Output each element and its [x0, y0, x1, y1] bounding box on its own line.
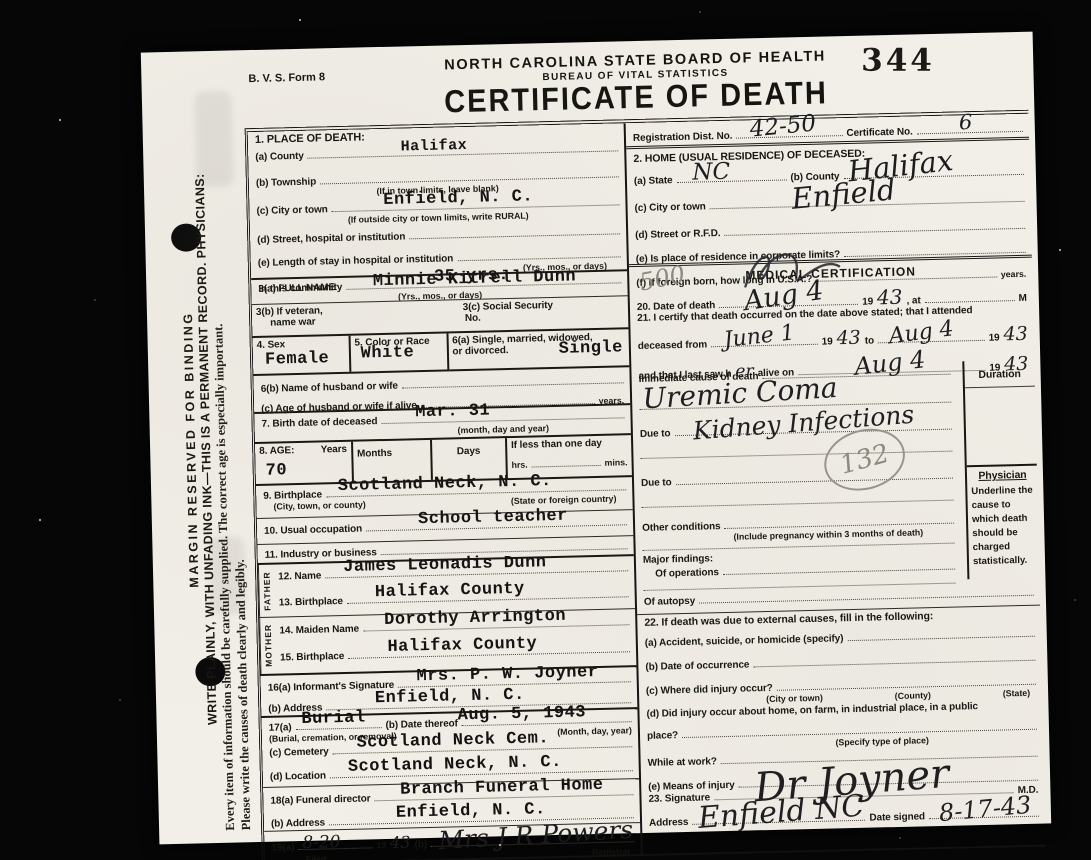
- certificate-no-field: 6: [917, 121, 1023, 134]
- place-stay-field: [457, 246, 621, 261]
- certificate-no-value: 6: [959, 110, 973, 134]
- right-column: Registration Dist. No. 42-50 Certificate…: [626, 114, 1046, 854]
- from-year-prefix: 19: [822, 336, 833, 347]
- home-state-value: NC: [692, 159, 730, 186]
- home-state-label: (a) State: [634, 175, 673, 187]
- signature-address-label: Address: [649, 817, 689, 829]
- age-days-label: Days: [457, 446, 481, 458]
- age-label: 8. AGE:: [259, 445, 294, 457]
- occupation-label: 10. Usual occupation: [264, 524, 362, 537]
- birthdate-value: Mar. 31: [415, 401, 490, 422]
- director-value: Branch Funeral Home: [400, 776, 604, 800]
- date-at-field: [924, 290, 1014, 303]
- sex-value: Female: [257, 349, 345, 370]
- place-city-label: (c) City or town: [256, 204, 327, 217]
- burial-date-value: Aug. 5, 1943: [457, 703, 586, 725]
- external-a-label: (a) Accident, suicide, or homicide (spec…: [645, 633, 844, 649]
- director-label: 18(a) Funeral director: [270, 793, 370, 806]
- physician-note-box: Physician Underline the cause to which d…: [967, 464, 1040, 580]
- place-township-label: (b) Township: [256, 177, 317, 189]
- physician-note: Underline the cause to which death shoul…: [971, 484, 1036, 569]
- to-year-prefix: 19: [989, 332, 1000, 343]
- mother-birthplace-label: 15. Birthplace: [280, 651, 344, 664]
- father-name-field: James Leonadis Dunn: [325, 560, 628, 578]
- occupation-value: School teacher: [418, 507, 568, 530]
- fullname-label: 3(a) FULL NAME: [258, 282, 335, 295]
- certify-from-field: June 1: [711, 334, 818, 348]
- due-to-1-field: Kidney Infections: [674, 419, 952, 437]
- mother-birthplace-field: Halifax County: [348, 641, 630, 659]
- home-city-field: Enfield: [710, 191, 1025, 209]
- registrar-note: Registrar: [592, 846, 631, 857]
- duration-label: Duration: [964, 368, 1034, 382]
- fullname-field: Minnie Kitrell Dunn: [339, 273, 621, 290]
- section-place-of-death: 1. PLACE OF DEATH: (a) County Halifax (b…: [248, 123, 627, 280]
- form-number: B. V. S. Form 8: [248, 71, 325, 85]
- filed-field: 8-20: [298, 837, 372, 850]
- duration-column: Duration Physician Underline the cause t…: [962, 360, 1039, 580]
- date-signed-label: Date signed: [869, 811, 925, 823]
- burial-date-note: (Month, day, year): [557, 725, 632, 737]
- registration-dist-value: 42-50: [749, 110, 817, 142]
- spouse-age-suffix: years.: [599, 395, 625, 406]
- registration-dist-field: 42-50: [736, 125, 842, 138]
- external-c-note2: (County): [895, 690, 931, 701]
- section-external-causes: 22. If death was due to external causes,…: [637, 606, 1044, 773]
- to-year-value: 43: [1003, 323, 1028, 346]
- burial-location-value: Scotland Neck, N. C.: [348, 753, 562, 777]
- director-address-label: (b) Address: [271, 817, 325, 829]
- physician-signature-block: 23. Signature Dr Joyner M.D. Address Enf…: [641, 764, 1045, 829]
- certify-to-field: Aug 4: [878, 330, 985, 344]
- burial-type-label: 17(a): [269, 722, 292, 734]
- home-state-field: NC: [676, 169, 786, 183]
- place-city-value: Enfield, N. C.: [383, 187, 533, 210]
- external-b-label: (b) Date of occurrence: [645, 659, 749, 672]
- certificate-no-label: Certificate No.: [846, 126, 913, 139]
- filed-note: Filed: [306, 853, 327, 860]
- external-d-label2: place?: [647, 730, 678, 742]
- place-street-label: (d) Street, hospital or institution: [257, 231, 405, 245]
- cemetery-value: Scotland Neck Cem.: [356, 729, 549, 753]
- birthplace-note1: (City, town, or county): [273, 499, 365, 511]
- external-b-field: [753, 650, 1035, 668]
- age-value: 70: [265, 461, 287, 480]
- father-birthplace-label: 13. Birthplace: [279, 596, 343, 609]
- external-c-note1: (City or town): [766, 693, 823, 704]
- spouse-field: [402, 372, 624, 388]
- age-hrs-field: [531, 455, 600, 468]
- signature-address-field: Enfield NC: [692, 810, 865, 825]
- left-column: 1. PLACE OF DEATH: (a) County Halifax (b…: [248, 123, 643, 860]
- mother-side-label: MOTHER: [259, 618, 276, 674]
- cemetery-field: Scotland Neck Cem.: [333, 736, 633, 754]
- registration-dist-label: Registration Dist. No.: [633, 131, 733, 144]
- mother-birthplace-value: Halifax County: [387, 634, 537, 657]
- home-street-label: (d) Street or R.F.D.: [635, 228, 720, 241]
- age-months-label: Months: [357, 448, 392, 460]
- registrar-field: Mrs J R Powers: [431, 831, 635, 847]
- pencil-circle-value: 132: [837, 439, 893, 481]
- place-county-label: (a) County: [255, 151, 304, 163]
- burial-type-field: Burial: [295, 717, 381, 730]
- home-street-field: [724, 218, 1025, 236]
- cemetery-label: (c) Cemetery: [269, 746, 329, 758]
- certify-from-label: deceased from: [638, 339, 708, 352]
- father-side-label: FATHER: [258, 565, 275, 617]
- fullname-value: Minnie Kitrell Dunn: [373, 267, 577, 291]
- mother-name-field: Dorothy Arrington: [363, 614, 630, 631]
- certify-to-label: to: [865, 335, 875, 346]
- autopsy-label: Of autopsy: [644, 596, 695, 608]
- scan-background: { "margin": { "line1": "MARGIN RESERVED …: [0, 0, 1091, 860]
- age-mins-label: mins.: [604, 457, 627, 468]
- occupation-field: School teacher: [366, 514, 627, 531]
- cause-of-death-area: Duration Physician Underline the cause t…: [631, 360, 1040, 615]
- place-county-value: Halifax: [400, 137, 467, 156]
- filed-value: 8-20: [302, 832, 341, 853]
- informant-signature-value: Mrs. P. W. Joyner: [416, 663, 598, 686]
- father-birthplace-value: Halifax County: [375, 580, 525, 603]
- home-city-label: (c) City or town: [634, 201, 705, 214]
- age-lessday-label: If less than one day: [511, 437, 627, 451]
- physician-label: Physician: [971, 469, 1034, 482]
- marital-value: Single: [558, 338, 623, 359]
- director-address-value: Enfield, N. C.: [396, 800, 546, 823]
- birthplace-value: Scotland Neck, N. C.: [338, 472, 552, 496]
- while-at-work-label: While at work?: [648, 756, 717, 769]
- from-year-value: 43: [836, 327, 861, 350]
- row-certify: 21. I certify that death occurred on the…: [630, 302, 1034, 369]
- age-years-label: Years: [321, 444, 347, 456]
- filed-label: 19(a): [271, 842, 294, 854]
- industry-field: [381, 538, 628, 555]
- age-hrs-label: hrs.: [511, 460, 527, 470]
- home-corporate-field: [844, 242, 1026, 257]
- mother-name-label: 14. Maiden Name: [279, 624, 359, 637]
- father-birthplace-field: Halifax County: [347, 586, 629, 604]
- mother-name-value: Dorothy Arrington: [384, 607, 566, 630]
- certify-from-value: June 1: [723, 320, 797, 353]
- father-name-value: James Leonadis Dunn: [343, 553, 547, 577]
- director-field: Branch Funeral Home: [374, 784, 633, 801]
- birthplace-note2: (State or foreign country): [511, 494, 617, 506]
- filed-year-prefix: 19: [376, 840, 386, 850]
- spouse-label: 6(b) Name of husband or wife: [261, 381, 398, 395]
- certificate-form: B. V. S. Form 8 NORTH CAROLINA STATE BOA…: [243, 38, 1046, 860]
- father-name-label: 12. Name: [278, 571, 321, 583]
- burial-date-field: Aug. 5, 1943: [462, 711, 632, 726]
- burial-location-label: (d) Location: [270, 770, 326, 782]
- external-a-field: [847, 626, 1035, 641]
- place-street-field: [409, 223, 620, 239]
- burial-type-value: Burial: [301, 709, 366, 730]
- external-c-note3: (State): [1003, 688, 1031, 699]
- date-signed-field: 8-17-43: [929, 806, 1039, 820]
- certificate-stamp-number: 344: [861, 43, 935, 79]
- registrar-label: (b): [414, 839, 427, 850]
- certificate-paper: MARGIN RESERVED FOR BINDING WRITE PLAINL…: [141, 32, 1051, 845]
- filed-year-value: 43: [390, 832, 411, 851]
- burial-date-label: (b) Date thereof: [385, 718, 458, 731]
